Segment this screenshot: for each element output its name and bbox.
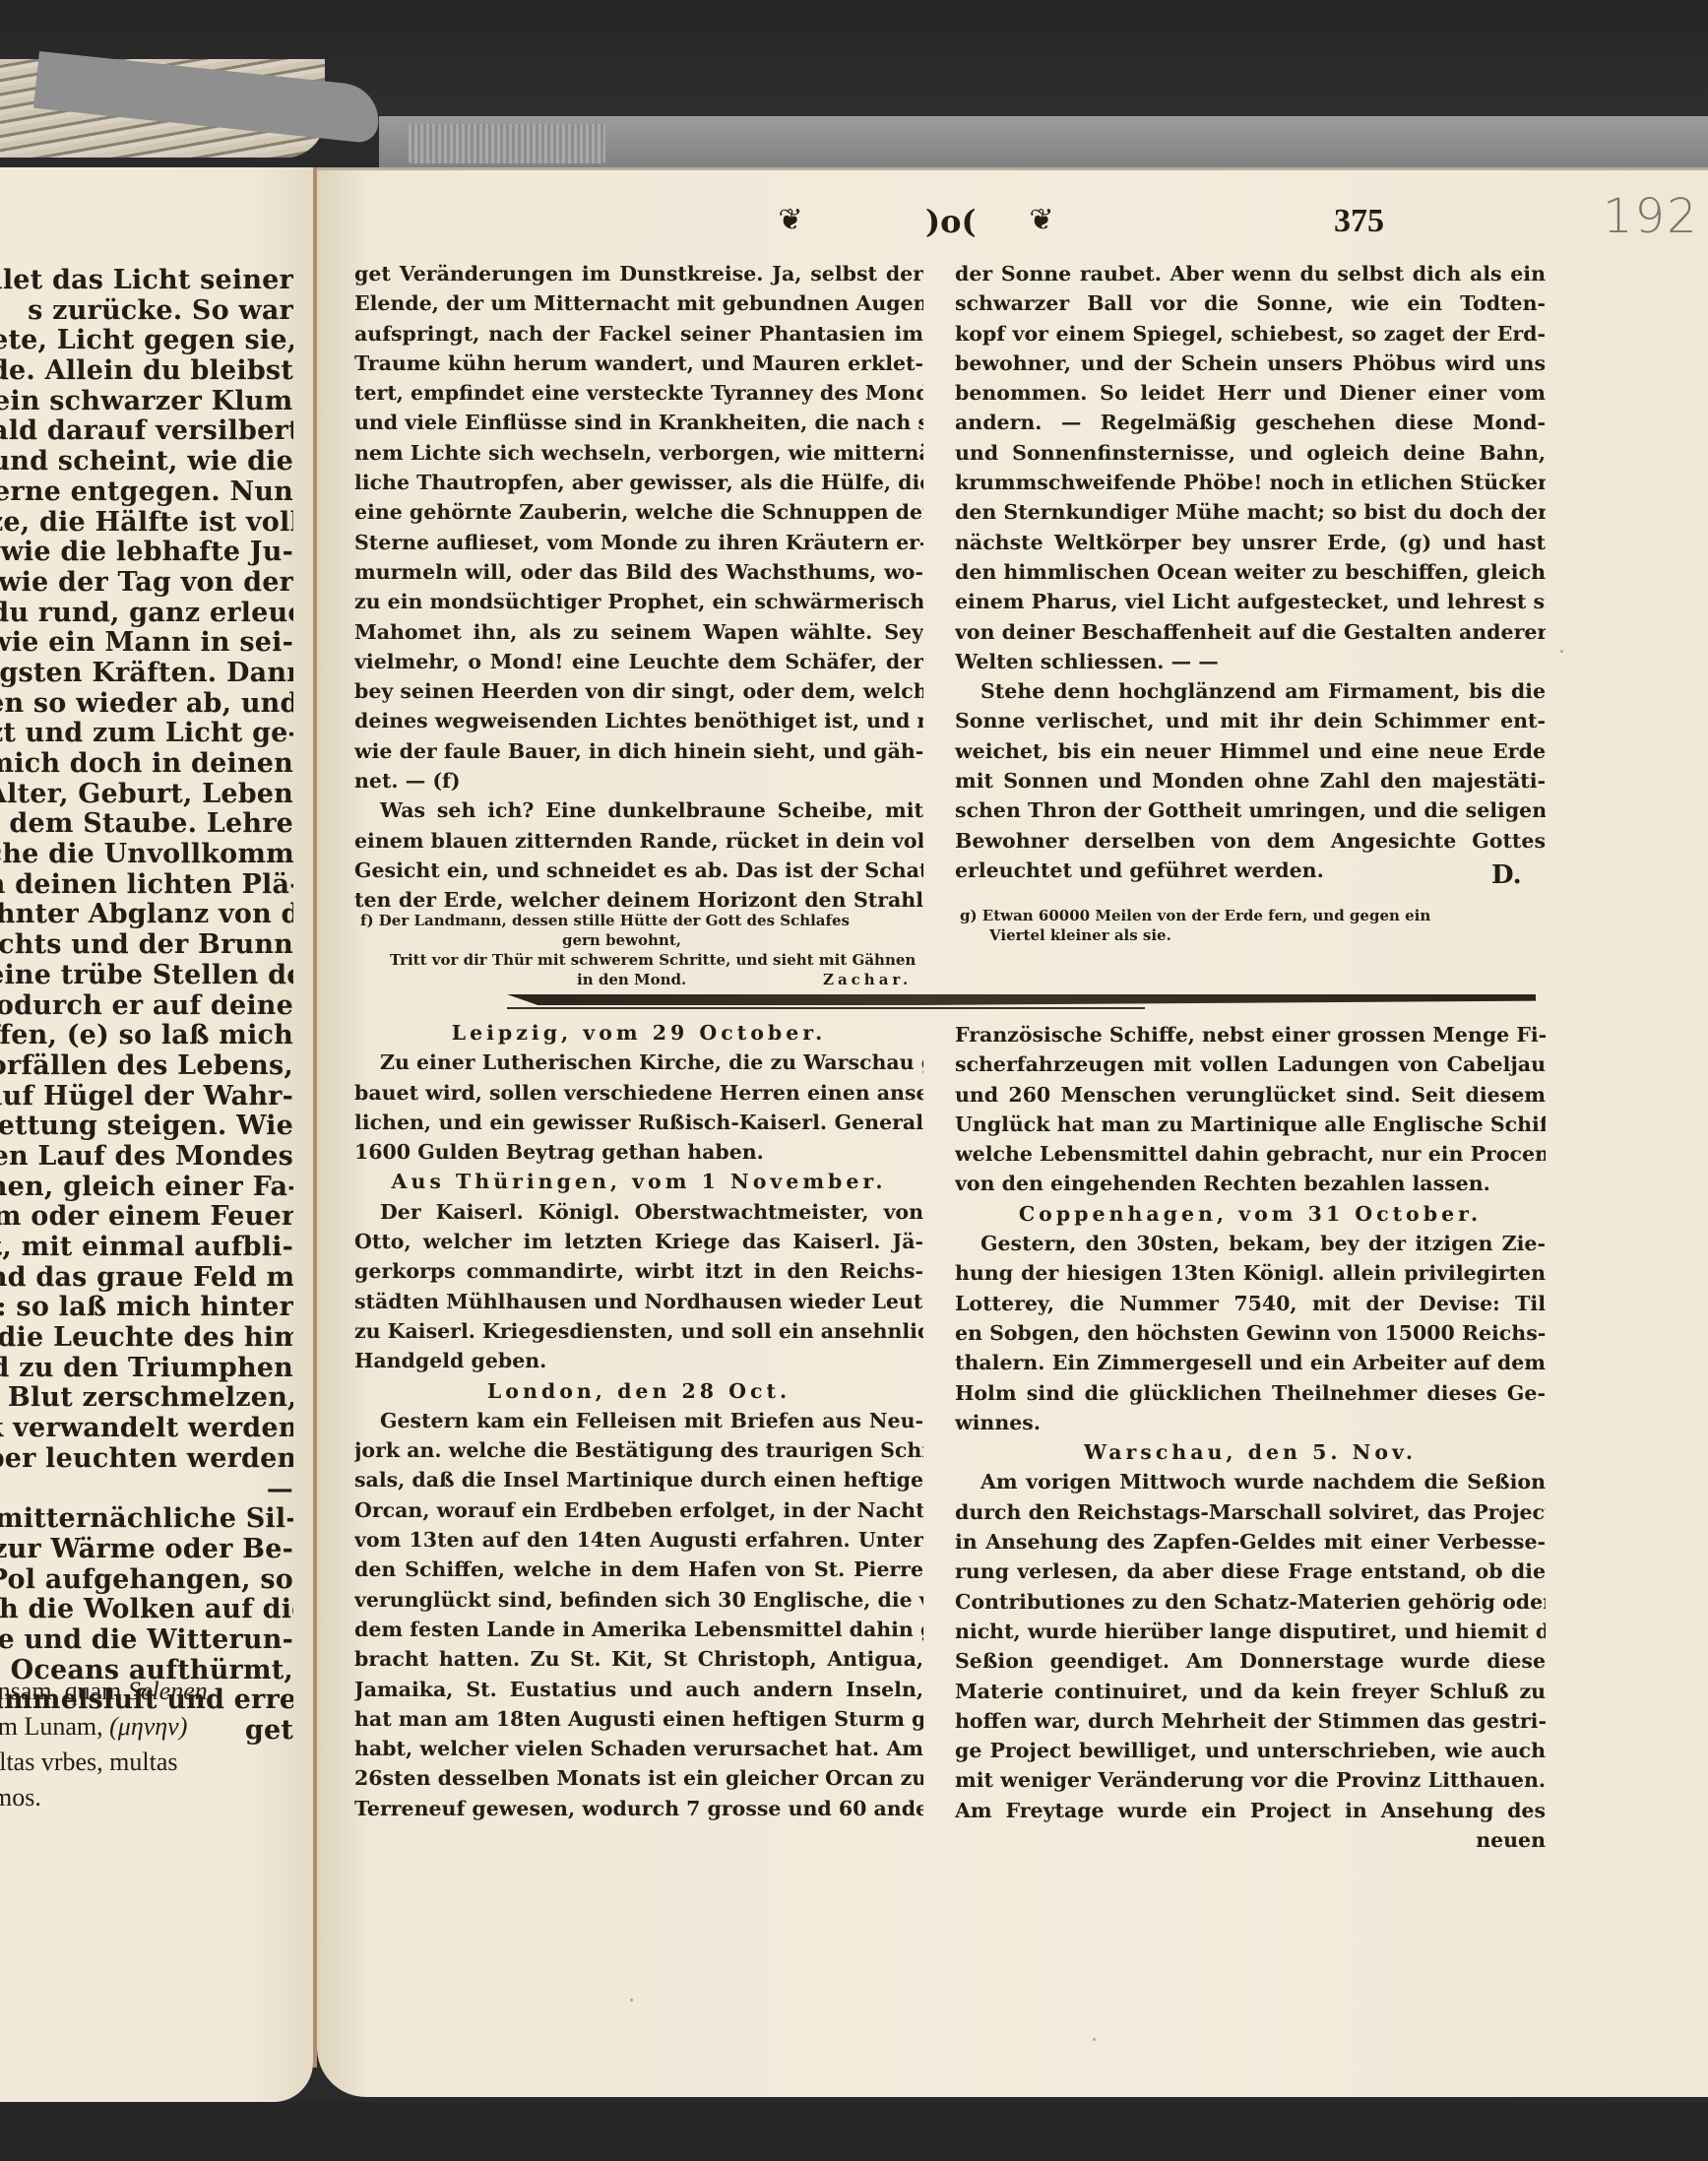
essay-line: bey seinen Heerden von dir singt, oder d… [354, 676, 923, 706]
left-page-line: allet das Licht seiner [0, 266, 293, 296]
news-line: dem festen Lande in Amerika Lebensmittel… [354, 1615, 923, 1644]
news-line: Otto, welcher im letzten Kriege das Kais… [354, 1227, 923, 1256]
news-line: habt, welcher vielen Schaden verursachet… [354, 1734, 923, 1763]
essay-line: weichet, bis ein neuer Himmel und eine n… [955, 736, 1546, 766]
news-line: Materie continuiret, und da kein freyer … [955, 1677, 1546, 1706]
signature-mark: D. [1491, 860, 1522, 890]
news-line: Holm sind die glücklichen Theilnehmer di… [955, 1378, 1546, 1408]
latin-text: multas vrbes, multas [0, 1748, 177, 1776]
news-line: mit weniger Veränderung vor die Provinz … [955, 1765, 1546, 1795]
footnote-f-author: Zachar. [823, 970, 912, 989]
news-dateline: Warschau, den 5. Nov. [955, 1437, 1546, 1467]
news-line: welche Lebensmittel dahin gebracht, nur … [955, 1139, 1546, 1169]
latin-text: domos. [0, 1783, 41, 1811]
left-page-line: an deinen lichten Plä- [0, 870, 293, 901]
news-line: Zu einer Lutherischen Kirche, die zu War… [354, 1048, 923, 1077]
essay-line: get Veränderungen im Dunstkreise. Ja, se… [354, 259, 923, 288]
paper-speck [1516, 473, 1519, 476]
footnote-g-line: Viertel kleiner als sie. [960, 925, 1550, 945]
news-line: winnes. [955, 1408, 1546, 1437]
news-line: Seßion geendiget. Am Donnerstage wurde d… [955, 1646, 1546, 1676]
paper-speck [1093, 2038, 1096, 2041]
essay-line: eine gehörnte Zauberin, welche die Schnu… [354, 497, 923, 527]
left-page-line: t du rund, ganz erleuch- [0, 599, 293, 629]
essay-line: deines wegweisenden Lichtes benöthiget i… [354, 706, 923, 735]
footnote-f-line: gern bewohnt, [360, 930, 931, 950]
news-line: Orcan, worauf ein Erdbeben erfolget, in … [354, 1495, 923, 1525]
essay-line: Traume kühn herum wandert, und Mauren er… [354, 349, 923, 378]
essay-line: krummschweifende Phöbe! noch in etlichen… [955, 468, 1546, 497]
news-line: hat man am 18ten Augusti einen heftigen … [354, 1704, 923, 1734]
news-line: scherfahrzeugen mit vollen Ladungen von … [955, 1049, 1546, 1079]
left-page-line: irm oder einem Feuer [0, 1202, 293, 1233]
running-header: ❦ )o( ❦ 375 [773, 205, 1560, 244]
news-line: Lotterey, die Nummer 7540, mit der Devis… [955, 1289, 1546, 1318]
latin-text: utem Lunam, [0, 1712, 109, 1741]
essay-line: schen Thron der Gottheit umringen, und d… [955, 795, 1546, 825]
news-line: zu Kaiserl. Kriegesdiensten, und soll ei… [354, 1316, 923, 1346]
latin-italic-text: Selenen [128, 1677, 208, 1705]
pencil-folio-number: 192 [1603, 189, 1699, 244]
essay-line: Bewohner derselben von dem Angesichte Go… [955, 826, 1546, 856]
essay-line: einem Pharus, viel Licht aufgestecket, u… [955, 587, 1546, 616]
news-line: hoffen war, durch Mehrheit der Stimmen d… [955, 1706, 1546, 1736]
left-page-line: ck verwandelt werden [0, 1414, 293, 1444]
cloth-weave [409, 124, 605, 163]
left-page-line: Vorfällen des Lebens, [0, 1051, 293, 1082]
latin-footnote-line: utem Lunam, (μηνην) [0, 1709, 291, 1745]
news-line: Französische Schiffe, nebst einer grosse… [955, 1020, 1546, 1049]
essay-line: murmeln will, oder das Bild des Wachsthu… [354, 557, 923, 587]
left-page-line: äche die Unvollkommen- [0, 840, 293, 870]
news-line: Gestern, den 30sten, bekam, bey der itzi… [955, 1229, 1546, 1258]
latin-text: mensam, quam [0, 1677, 128, 1705]
footnote-f: f) Der Landmann, dessen stille Hütte der… [360, 911, 931, 989]
news-line: Am vorigen Mittwoch wurde nachdem die Se… [955, 1467, 1546, 1496]
essay-line: tert, empfindet eine versteckte Tyranney… [354, 378, 923, 408]
news-line: Jamaika, St. Eustatius und auch andern I… [354, 1675, 923, 1704]
news-line: gerkorps commandirte, wirbt itzt in den … [354, 1256, 923, 1286]
news-dateline: Coppenhagen, vom 31 October. [955, 1199, 1546, 1229]
news-line: ge Project bewilliget, und unterschriebe… [955, 1736, 1546, 1765]
left-page-line: Bald darauf versilbert [0, 416, 293, 447]
news-dateline: Aus Thüringen, vom 1 November. [354, 1167, 923, 1196]
latin-footnote-line: multas vrbes, multas [0, 1745, 291, 1780]
essay-line: Sterne auflieset, vom Monde zu ihren Krä… [354, 528, 923, 557]
left-page-latin-footnote: mensam, quam Selenenutem Lunam, (μηνην)m… [0, 1674, 291, 1815]
essay-line: bewohner, und der Schein unsers Phöbus w… [955, 349, 1546, 378]
shell-ornament-icon: ❦ [1024, 205, 1059, 236]
news-line: bauet wird, sollen verschiedene Herren e… [354, 1078, 923, 1108]
left-page-line: Pol aufgehangen, so [0, 1565, 293, 1596]
left-page-line: offen, (e) so laß mich [0, 1021, 293, 1051]
left-page-line: s dem Staube. Lehre [0, 809, 293, 840]
left-page-line: e mitternächliche Sil- [0, 1504, 293, 1535]
left-page-line: , wie die lebhafte Ju- [0, 538, 293, 568]
essay-line: den Sternkundiger Mühe macht; so bist du… [955, 497, 1546, 527]
essay-line: mit Sonnen und Monden ohne Zahl den maje… [955, 766, 1546, 795]
news-line: 26sten desselben Monats ist ein gleicher… [354, 1763, 923, 1793]
news-line: verunglückt sind, befinden sich 30 Engli… [354, 1585, 923, 1615]
news-line: hung der hiesigen 13ten Königl. allein p… [955, 1258, 1546, 1288]
left-page: allet das Licht seiners zurücke. So wari… [0, 167, 313, 2102]
news-column-left: Leipzig, vom 29 October.Zu einer Lutheri… [354, 1018, 923, 1823]
news-line: 1600 Gulden Beytrag gethan haben. [354, 1137, 923, 1167]
news-column-right: Französische Schiffe, nebst einer grosse… [955, 1020, 1546, 1855]
essay-line: der Sonne raubet. Aber wenn du selbst di… [955, 259, 1546, 288]
left-page-line: — [0, 1475, 293, 1505]
news-line: vom 13ten auf den 14ten Augusti erfahren… [354, 1525, 923, 1555]
essay-line: von deiner Beschaffenheit auf die Gestal… [955, 617, 1546, 647]
spine-cloth [379, 116, 1708, 173]
left-page-line: mich doch in deinen [0, 749, 293, 780]
left-page-line: wie ein Mann in sei- [0, 628, 293, 659]
essay-line: Was seh ich? Eine dunkelbraune Scheibe, … [354, 795, 923, 825]
footnote-f-line: f) Der Landmann, dessen stille Hütte der… [360, 911, 931, 930]
left-page-line: s ein schwarzer Klum- [0, 387, 293, 417]
paper-speck [1560, 650, 1563, 653]
news-line: Der Kaiserl. Königl. Oberstwachtmeister,… [354, 1197, 923, 1227]
left-page-text: allet das Licht seiners zurücke. So wari… [0, 266, 293, 1747]
left-page-line: Lichts und der Brunn [0, 930, 293, 961]
essay-line: kopf vor einem Spiegel, schiebest, so za… [955, 319, 1546, 349]
news-line: lichen, und ein gewisser Rußisch-Kaiserl… [354, 1108, 923, 1137]
left-page-line: lehnter Abglanz von der [0, 900, 293, 930]
left-page-line: wie der Tag von der [0, 568, 293, 599]
news-line: den Schiffen, welche in dem Hafen von St… [354, 1555, 923, 1584]
left-page-line: aber leuchten werden, [0, 1444, 293, 1475]
news-line: und 260 Menschen verunglücket sind. Seit… [955, 1080, 1546, 1110]
essay-line: aufspringt, nach der Fackel seiner Phant… [354, 319, 923, 349]
shell-ornament-icon: ❦ [773, 205, 808, 236]
news-line: bracht hatten. Zu St. Kit, St Christoph,… [354, 1644, 923, 1674]
left-page-line: zur Wärme oder Be- [0, 1535, 293, 1565]
news-line: städten Mühlhausen und Nordhausen wieder… [354, 1287, 923, 1316]
essay-line: Sonne verlischet, und mit ihr dein Schim… [955, 706, 1546, 735]
essay-line: Mahomet ihn, als zu seinem Wapen wählte.… [354, 617, 923, 647]
left-page-line: d zu den Triumphen [0, 1354, 293, 1384]
essay-column-right: der Sonne raubet. Aber wenn du selbst di… [955, 259, 1546, 885]
news-line: neuen [955, 1825, 1546, 1855]
news-line: Unglück hat man zu Martinique alle Engli… [955, 1110, 1546, 1139]
news-line: rung verlesen, da aber diese Frage entst… [955, 1557, 1546, 1586]
paper-speck [630, 1999, 633, 2002]
left-page-line: deine trübe Stellen dem [0, 961, 293, 991]
news-line: durch den Reichstags-Marschall solviret,… [955, 1497, 1546, 1527]
news-line: Am Freytage wurde ein Project in Ansehun… [955, 1796, 1546, 1825]
news-line: en Sobgen, den höchsten Gewinn von 15000… [955, 1318, 1546, 1348]
news-dateline: Leipzig, vom 29 October. [354, 1018, 923, 1048]
section-divider-rule [507, 994, 1536, 1008]
scan-background-bottom [0, 2102, 1708, 2161]
left-page-line: in Blut zerschmelzen, [0, 1383, 293, 1414]
left-page-line: rch die Wolken auf die [0, 1595, 293, 1625]
divider-thick [507, 994, 1536, 1005]
left-page-line: rettung steigen. Wie [0, 1112, 293, 1142]
news-line: von den eingehenden Rechten bezahlen las… [955, 1169, 1546, 1198]
essay-line: Elende, der um Mitternacht mit gebundnen… [354, 288, 923, 318]
left-page-line: und das graue Feld mit [0, 1263, 293, 1294]
left-page-line: et, mit einmal aufbli- [0, 1233, 293, 1263]
news-line: jork an. welche die Bestätigung des trau… [354, 1435, 923, 1465]
left-page-line: auf Hügel der Wahr- [0, 1082, 293, 1112]
footnote-g: g) Etwan 60000 Meilen von der Erde fern,… [960, 906, 1550, 945]
left-page-line: nze, die Hälfte ist voll, [0, 508, 293, 539]
left-page-line: s zurücke. So war [0, 296, 293, 327]
essay-line: Stehe denn hochglänzend am Firmament, bi… [955, 676, 1546, 706]
essay-line: erleuchtet und geführet werden. [955, 856, 1546, 885]
essay-line: vielmehr, o Mond! eine Leuchte dem Schäf… [354, 647, 923, 676]
news-line: in Ansehung des Zapfen-Geldes mit einer … [955, 1527, 1546, 1557]
divider-thin [507, 1007, 1145, 1009]
left-page-line: erne entgegen. Nun [0, 477, 293, 508]
news-line: nicht, wurde hierüber lange disputiret, … [955, 1617, 1546, 1646]
news-line: Contributiones zu den Schatz-Materien ge… [955, 1587, 1546, 1617]
left-page-line: lligsten Kräften. Dann [0, 659, 293, 689]
news-dateline: London, den 28 Oct. [354, 1376, 923, 1406]
essay-line: einem blauen zitternden Rande, rücket in… [354, 826, 923, 856]
news-line: thalern. Ein Zimmergesell und ein Arbeit… [955, 1348, 1546, 1377]
left-page-line: ft: so laß mich hinter [0, 1293, 293, 1323]
left-page-line: nzt und zum Licht ge- [0, 719, 293, 749]
essay-line: benommen. So leidet Herr und Diener eine… [955, 378, 1546, 408]
left-page-line: re und die Witterun- [0, 1625, 293, 1656]
left-page-line: den Lauf des Mondes [0, 1142, 293, 1173]
essay-line: zu ein mondsüchtiger Prophet, ein schwär… [354, 587, 923, 616]
essay-line: und viele Einflüsse sind in Krankheiten,… [354, 408, 923, 437]
latin-footnote-line: domos. [0, 1780, 291, 1815]
left-page-line: ben so wieder ab, und [0, 689, 293, 720]
latin-italic-text: (μηνην) [109, 1712, 187, 1741]
essay-line: und Sonnenfinsternisse, und ogleich dein… [955, 438, 1546, 468]
essay-line: andern. — Regelmäßig geschehen diese Mon… [955, 408, 1546, 437]
left-page-line: n die Leuchte des himm- [0, 1323, 293, 1354]
essay-line: wie der faule Bauer, in dich hinein sieh… [354, 736, 923, 766]
left-page-line: hnen, gleich einer Fa- [0, 1173, 293, 1203]
latin-footnote-line: mensam, quam Selenen [0, 1674, 291, 1709]
header-separator: )o( [925, 203, 977, 240]
essay-line: Gesicht ein, und schneidet es ab. Das is… [354, 856, 923, 885]
news-line: Handgeld geben. [354, 1346, 923, 1375]
essay-line: Welten schliessen. — — [955, 647, 1546, 676]
essay-column-left: get Veränderungen im Dunstkreise. Ja, se… [354, 259, 923, 916]
essay-line: den himmlischen Ocean weiter zu beschiff… [955, 557, 1546, 587]
news-line: Terreneuf gewesen, wodurch 7 grosse und … [354, 1794, 923, 1823]
essay-line: schwarzer Ball vor die Sonne, wie ein To… [955, 288, 1546, 318]
page-number: 375 [1334, 203, 1384, 240]
left-page-line: Alter, Geburt, Leben [0, 780, 293, 810]
essay-line: nächste Weltkörper bey unsrer Erde, (g) … [955, 528, 1546, 557]
essay-line: nem Lichte sich wechseln, verborgen, wie… [354, 438, 923, 468]
left-page-line: wodurch er auf deine [0, 991, 293, 1022]
essay-line: net. — (f) [354, 766, 923, 795]
left-page-line: de. Allein du bleibst [0, 356, 293, 387]
left-page-line: . und scheint, wie die [0, 447, 293, 477]
news-line: Gestern kam ein Felleisen mit Briefen au… [354, 1406, 923, 1435]
essay-line: liche Thautropfen, aber gewisser, als di… [354, 468, 923, 497]
news-line: sals, daß die Insel Martinique durch ein… [354, 1465, 923, 1494]
left-page-line: itete, Licht gegen sie, [0, 326, 293, 356]
footnote-f-line: Tritt vor dir Thür mit schwerem Schritte… [360, 950, 931, 970]
footnote-g-line: g) Etwan 60000 Meilen von der Erde fern,… [960, 906, 1550, 925]
